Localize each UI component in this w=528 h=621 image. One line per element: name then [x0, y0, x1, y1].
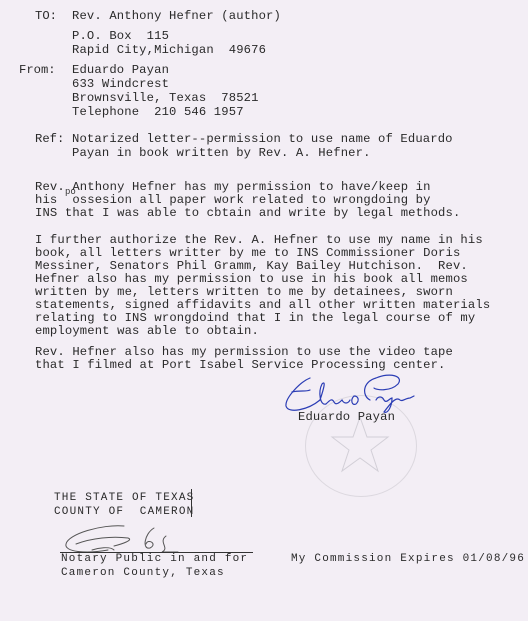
to-address-line1: P.O. Box 115	[72, 30, 169, 43]
ref-line1: Notarized letter--permission to use name…	[72, 133, 453, 146]
to-label: TO:	[35, 10, 57, 23]
from-label: From:	[19, 64, 56, 77]
signatory-printed-name: Eduardo Payan	[298, 411, 395, 424]
ref-line2: Payan in book written by Rev. A. Hefner.	[72, 147, 371, 160]
paragraph-line: employment was able to obtain.	[35, 325, 259, 338]
notary-title-line1: Notary Public in and for	[61, 553, 248, 566]
ref-label: Ref:	[35, 133, 64, 146]
notary-state-line: THE STATE OF TEXAS	[54, 492, 194, 505]
notary-commission-expiry: My Commission Expires 01/08/96	[291, 553, 525, 566]
from-name: Eduardo Payan	[72, 64, 169, 77]
paragraph-line: INS that I was able to cbtain and write …	[35, 207, 460, 220]
notary-box-rule	[191, 489, 192, 517]
seal-star-icon	[330, 415, 390, 475]
notary-title-line2: Cameron County, Texas	[61, 567, 225, 580]
letter-page: TO: Rev. Anthony Hefner (author) P.O. Bo…	[0, 0, 528, 621]
notary-county-line: COUNTY OF CAMERON	[54, 506, 194, 519]
from-address-line1: 633 Windcrest	[72, 78, 169, 91]
from-telephone: Telephone 210 546 1957	[72, 106, 244, 119]
to-address-line2: Rapid City,Michigan 49676	[72, 44, 266, 57]
to-name: Rev. Anthony Hefner (author)	[72, 10, 281, 23]
from-address-line2: Brownsville, Texas 78521	[72, 92, 259, 105]
handwritten-correction: po	[65, 188, 76, 197]
